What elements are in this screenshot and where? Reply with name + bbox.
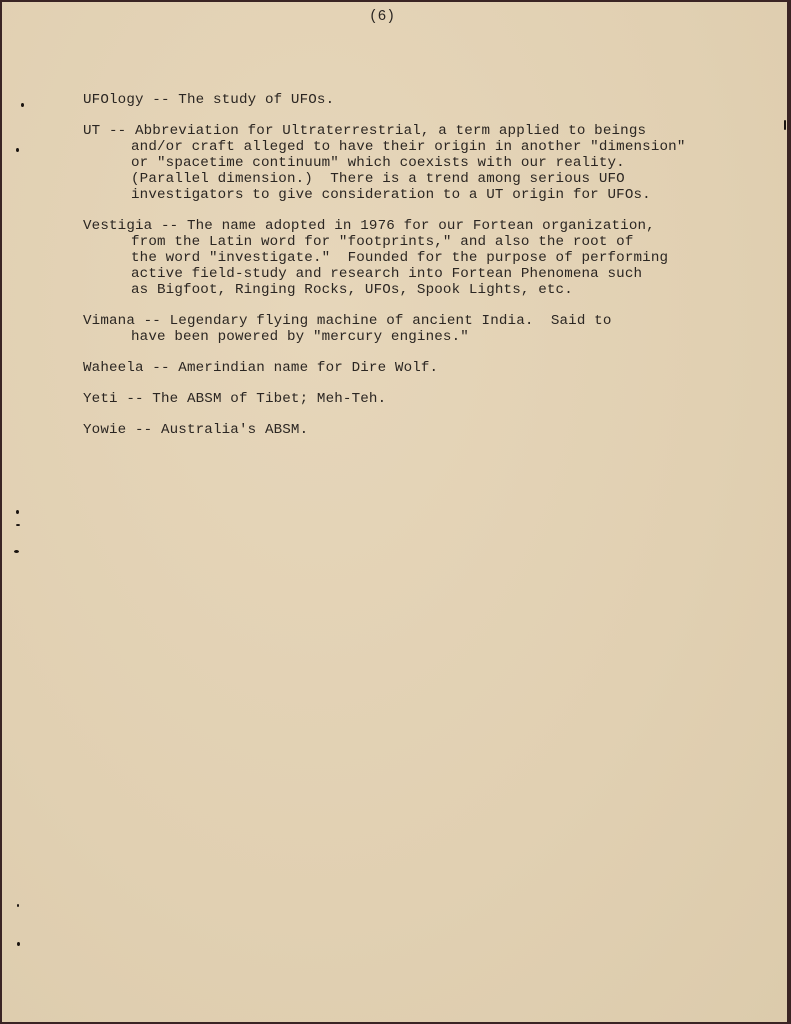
- document-page: (6) UFOlogy -- The study of UFOs. UT -- …: [2, 2, 787, 1022]
- glossary-entry-ut: UT -- Abbreviation for Ultraterrestrial,…: [83, 123, 763, 203]
- entry-line: Vimana -- Legendary flying machine of an…: [83, 313, 763, 329]
- speck-mark: [784, 120, 786, 130]
- entry-line: or "spacetime continuum" which coexists …: [83, 155, 763, 171]
- speck-mark: [16, 524, 20, 526]
- speck-mark: [17, 942, 20, 946]
- entry-line: have been powered by "mercury engines.": [83, 329, 763, 345]
- glossary-entry-ufology: UFOlogy -- The study of UFOs.: [83, 92, 763, 108]
- entry-line: investigators to give consideration to a…: [83, 187, 763, 203]
- speck-mark: [21, 103, 24, 107]
- glossary-entries: UFOlogy -- The study of UFOs. UT -- Abbr…: [83, 92, 763, 453]
- speck-mark: [16, 510, 19, 514]
- glossary-entry-yeti: Yeti -- The ABSM of Tibet; Meh-Teh.: [83, 391, 763, 407]
- glossary-entry-waheela: Waheela -- Amerindian name for Dire Wolf…: [83, 360, 763, 376]
- entry-line: UFOlogy -- The study of UFOs.: [83, 92, 763, 108]
- entry-line: Vestigia -- The name adopted in 1976 for…: [83, 218, 763, 234]
- speck-mark: [17, 904, 19, 907]
- entry-line: active field-study and research into For…: [83, 266, 763, 282]
- glossary-entry-vimana: Vimana -- Legendary flying machine of an…: [83, 313, 763, 345]
- glossary-entry-vestigia: Vestigia -- The name adopted in 1976 for…: [83, 218, 763, 298]
- entry-line: and/or craft alleged to have their origi…: [83, 139, 763, 155]
- page-number: (6): [2, 9, 762, 25]
- entry-line: (Parallel dimension.) There is a trend a…: [83, 171, 763, 187]
- entry-line: as Bigfoot, Ringing Rocks, UFOs, Spook L…: [83, 282, 763, 298]
- glossary-entry-yowie: Yowie -- Australia's ABSM.: [83, 422, 763, 438]
- speck-mark: [16, 148, 19, 152]
- entry-line: the word "investigate." Founded for the …: [83, 250, 763, 266]
- entry-line: Yeti -- The ABSM of Tibet; Meh-Teh.: [83, 391, 763, 407]
- entry-line: from the Latin word for "footprints," an…: [83, 234, 763, 250]
- entry-line: Yowie -- Australia's ABSM.: [83, 422, 763, 438]
- entry-line: Waheela -- Amerindian name for Dire Wolf…: [83, 360, 763, 376]
- entry-line: UT -- Abbreviation for Ultraterrestrial,…: [83, 123, 763, 139]
- speck-mark: [14, 550, 19, 553]
